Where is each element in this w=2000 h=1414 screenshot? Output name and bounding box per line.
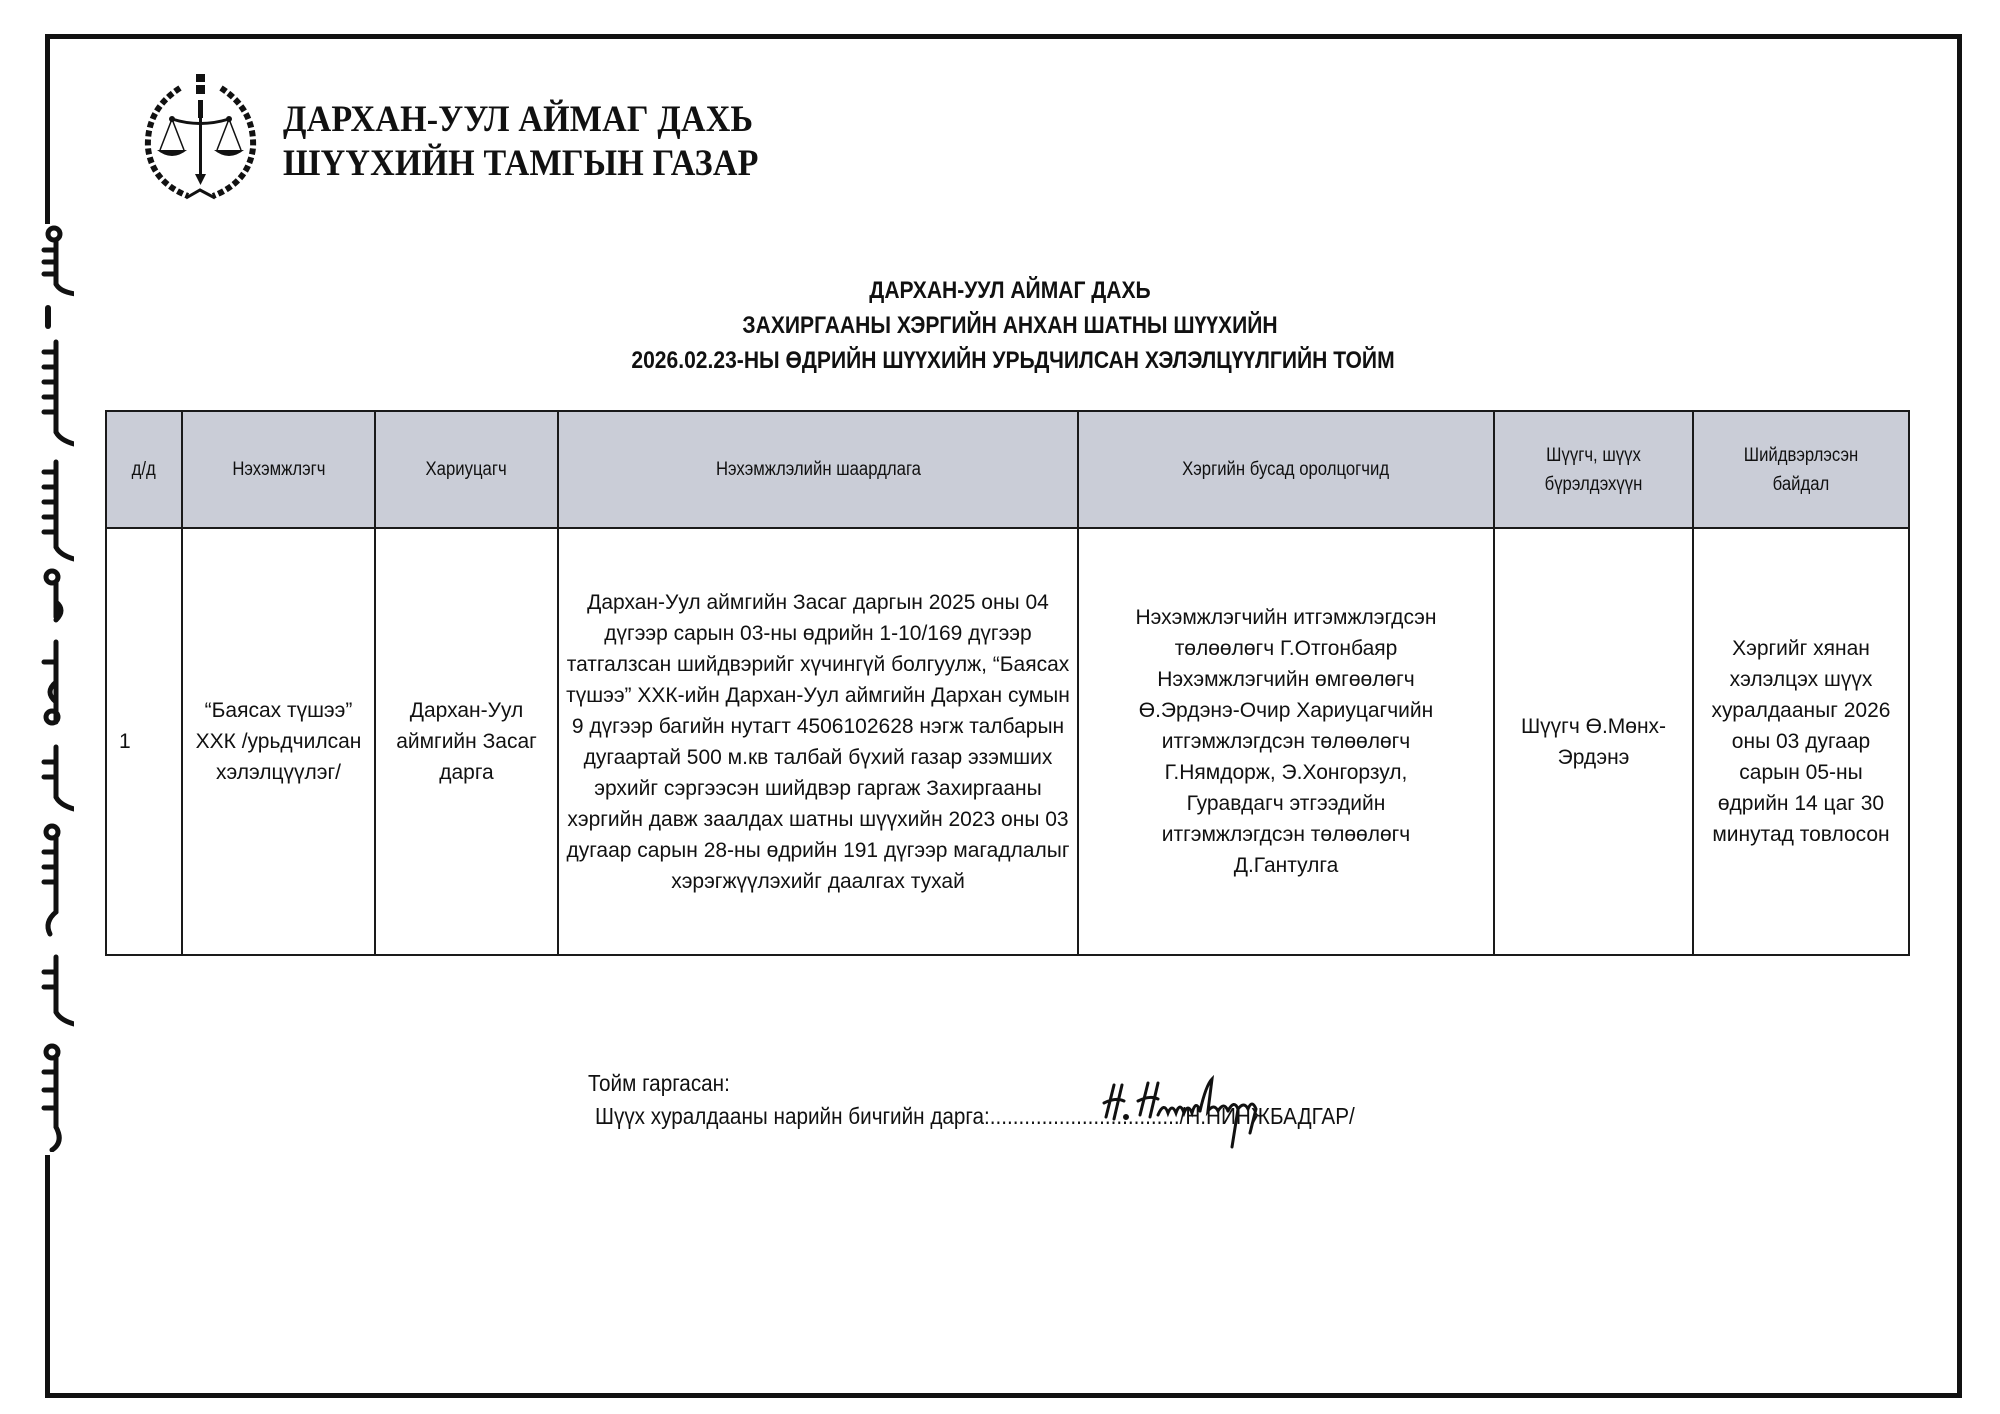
document-title: ДАРХАН-УУЛ АЙМАГ ДАХЬ ЗАХИРГААНЫ ХЭРГИЙН…: [0, 273, 2000, 378]
hearing-schedule-table: д/д Нэхэмжлэгч Хариуцагч Нэхэмжлэлийн ша…: [105, 410, 1910, 956]
page-frame-bottom: [45, 1393, 1962, 1398]
page-frame-left-lower: [45, 1155, 50, 1398]
column-header-number: д/д: [106, 411, 182, 528]
cell-defendant: Дархан-Уул аймгийн Засаг дарга: [375, 528, 558, 955]
column-header-claim: Нэхэмжлэлийн шаардлага: [558, 411, 1078, 528]
prepared-by-label: Тойм гаргасан:: [588, 1070, 730, 1097]
cell-participants: Нэхэмжлэгчийн итгэмжлэгдсэн төлөөлөгч Г.…: [1078, 528, 1494, 955]
column-header-judge: Шүүгч, шүүх бүрэлдэхүүн: [1494, 411, 1693, 528]
handwritten-signature-icon: [1100, 1075, 1300, 1150]
column-header-decision: Шийдвэрлэсэн байдал: [1693, 411, 1909, 528]
organization-name: ДАРХАН-УУЛ АЙМАГ ДАХЬ ШҮҮХИЙН ТАМГЫН ГАЗ…: [283, 98, 759, 186]
page-frame-left-upper: [45, 34, 50, 224]
table-row: 1 “Баясах түшээ” ХХК /урьдчилсан хэлэлцү…: [106, 528, 1909, 955]
cell-decision: Хэргийг хянан хэлэлцэх шүүх хуралдааныг …: [1693, 528, 1909, 955]
scales-of-justice-emblem-icon: [138, 70, 263, 205]
cell-number: 1: [106, 528, 182, 955]
column-header-participants: Хэргийн бусад оролцогчид: [1078, 411, 1494, 528]
document-title-line1: ДАРХАН-УУЛ АЙМАГ ДАХЬ: [159, 273, 1862, 308]
column-header-defendant: Хариуцагч: [375, 411, 558, 528]
cell-judge: Шүүгч Ө.Мөнх-Эрдэнэ: [1494, 528, 1693, 955]
page-frame-top: [45, 34, 1962, 39]
cell-plaintiff: “Баясах түшээ” ХХК /урьдчилсан хэлэлцүүл…: [182, 528, 375, 955]
organization-name-line1: ДАРХАН-УУЛ АЙМАГ ДАХЬ: [283, 98, 759, 142]
column-header-plaintiff: Нэхэмжлэгч: [182, 411, 375, 528]
document-title-line3: 2026.02.23-НЫ ӨДРИЙН ШҮҮХИЙН УРЬДЧИЛСАН …: [164, 343, 1862, 378]
signer-role: Шүүх хуралдааны нарийн бичгийн дарга:: [595, 1103, 990, 1129]
document-title-line2: ЗАХИРГААНЫ ХЭРГИЙН АНХАН ШАТНЫ ШҮҮХИЙН: [159, 308, 1862, 343]
page-frame-right: [1957, 34, 1962, 1398]
cell-claim: Дархан-Уул аймгийн Засаг даргын 2025 оны…: [558, 528, 1078, 955]
organization-name-line2: ШҮҮХИЙН ТАМГЫН ГАЗАР: [283, 142, 759, 186]
table-header-row: д/д Нэхэмжлэгч Хариуцагч Нэхэмжлэлийн ша…: [106, 411, 1909, 528]
